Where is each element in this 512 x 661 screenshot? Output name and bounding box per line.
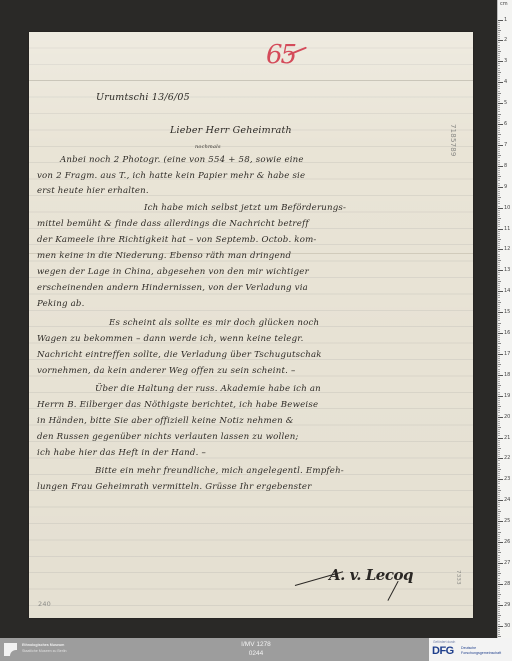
ruler-minor-tick <box>498 287 500 288</box>
ruler-minor-tick <box>498 515 500 516</box>
ruler-minor-tick <box>498 540 500 541</box>
ruler-minor-tick <box>498 180 500 181</box>
ruler-minor-tick <box>498 394 500 395</box>
ruler-minor-tick <box>498 128 500 129</box>
ruler-minor-tick <box>498 153 500 154</box>
ruler-minor-tick <box>498 509 500 510</box>
ruler-minor-tick <box>498 444 500 445</box>
ruler-minor-tick <box>498 494 500 495</box>
ruler-minor-tick <box>498 105 500 106</box>
ruler-minor-tick <box>498 214 500 215</box>
ruler-minor-tick <box>498 327 500 328</box>
ruler-minor-tick <box>498 419 500 420</box>
ruler-minor-tick <box>498 189 500 190</box>
ruler-minor-tick <box>498 76 500 77</box>
ruler-minor-tick <box>498 613 500 614</box>
ruler-tick <box>498 563 503 564</box>
ruler-minor-tick <box>498 415 500 416</box>
ruler-minor-tick <box>498 598 500 599</box>
ruler-minor-tick <box>498 78 500 79</box>
ruler-number: 11 <box>504 226 510 232</box>
ruler-minor-tick <box>498 155 501 156</box>
ruler-minor-tick <box>498 239 501 240</box>
ruler-minor-tick <box>498 260 501 261</box>
ruler-tick <box>498 605 503 606</box>
ruler-tick <box>498 249 503 250</box>
ruler-minor-tick <box>498 356 500 357</box>
ruler-minor-tick <box>498 47 500 48</box>
ruler-tick <box>498 103 503 104</box>
ruler-minor-tick <box>498 575 500 576</box>
ruler-number: 20 <box>504 414 510 420</box>
margin-annotation-top-right: 7185789 <box>449 124 456 157</box>
letter-line: erscheinenden andern Hindernissen, von d… <box>37 284 308 293</box>
ruler-minor-tick <box>498 435 500 436</box>
dfg-logo-icon: DFG <box>432 646 454 657</box>
ruler-minor-tick <box>498 304 500 305</box>
ruler-minor-tick <box>498 149 500 150</box>
ruler-minor-tick <box>498 237 500 238</box>
ruler-minor-tick <box>498 111 500 112</box>
letter-line: wegen der Lage in China, abgesehen von d… <box>37 268 309 277</box>
ruler-minor-tick <box>498 323 501 324</box>
ruler-minor-tick <box>498 404 500 405</box>
ruler-minor-tick <box>498 463 500 464</box>
ruler-tick <box>498 626 503 627</box>
ruler-minor-tick <box>498 511 501 512</box>
ruler-minor-tick <box>498 425 500 426</box>
ruler-minor-tick <box>498 343 501 344</box>
ruler-number: 10 <box>504 205 510 211</box>
ruler-minor-tick <box>498 183 500 184</box>
ruler-minor-tick <box>498 592 500 593</box>
ruler-minor-tick <box>498 339 500 340</box>
ruler-minor-tick <box>498 506 500 507</box>
ruler-minor-tick <box>498 329 500 330</box>
ruler-number: 19 <box>504 393 510 399</box>
ruler-minor-tick <box>498 99 500 100</box>
ruler-minor-tick <box>498 74 500 75</box>
ruler-minor-tick <box>498 410 500 411</box>
signature: A. v. Lecoq <box>329 566 413 584</box>
ruler-minor-tick <box>498 350 500 351</box>
ruler-tick <box>498 82 503 83</box>
ruler-minor-tick <box>498 406 501 407</box>
ruler-minor-tick <box>498 442 500 443</box>
ruler-minor-tick <box>498 634 500 635</box>
ruler-number: 5 <box>504 100 507 106</box>
ruler-tick <box>498 40 503 41</box>
ruler-number: 17 <box>504 351 510 357</box>
ruler-minor-tick <box>498 523 500 524</box>
letter-line: Peking ab. <box>37 300 85 309</box>
ruler-minor-tick <box>498 226 500 227</box>
dfg-funded-label: Gefördert durch <box>433 640 455 644</box>
archive-footer: Ethnologisches Museum Staatliche Museen … <box>0 638 512 661</box>
ruler-minor-tick <box>498 573 501 574</box>
ruler-minor-tick <box>498 316 500 317</box>
ruler-minor-tick <box>498 314 500 315</box>
ruler-minor-tick <box>498 433 500 434</box>
ruler-minor-tick <box>498 628 500 629</box>
ruler-minor-tick <box>498 49 500 50</box>
ruler-minor-tick <box>498 611 500 612</box>
ruler-minor-tick <box>498 362 500 363</box>
ruler-tick <box>498 584 503 585</box>
ruler-minor-tick <box>498 157 500 158</box>
ruler-minor-tick <box>498 546 500 547</box>
ruler-minor-tick <box>498 460 500 461</box>
ruler-minor-tick <box>498 26 500 27</box>
ruler-number: 4 <box>504 79 507 85</box>
ruler-minor-tick <box>498 431 500 432</box>
ruler-minor-tick <box>498 346 500 347</box>
ruler-minor-tick <box>498 555 500 556</box>
ruler-minor-tick <box>498 582 500 583</box>
ruler-minor-tick <box>498 212 500 213</box>
ruler-minor-tick <box>498 174 500 175</box>
ruler-minor-tick <box>498 548 500 549</box>
ruler-minor-tick <box>498 185 500 186</box>
ruler-minor-tick <box>498 490 501 491</box>
ruler-minor-tick <box>498 486 500 487</box>
ruler-minor-tick <box>498 525 500 526</box>
ruler-number: 8 <box>504 163 507 169</box>
ruler-minor-tick <box>498 607 500 608</box>
ruler-minor-tick <box>498 609 500 610</box>
ruler-minor-tick <box>498 519 500 520</box>
ruler-minor-tick <box>498 588 500 589</box>
folio-number: 65 <box>266 42 295 68</box>
ruler-number: 22 <box>504 455 510 461</box>
ruler-minor-tick <box>498 247 500 248</box>
ruler-minor-tick <box>498 22 500 23</box>
ruler-minor-tick <box>498 139 500 140</box>
ruler-minor-tick <box>498 63 500 64</box>
ruler-minor-tick <box>498 101 500 102</box>
letter-line: von 2 Fragm. aus T., ich hatte kein Papi… <box>37 172 305 181</box>
ruler-minor-tick <box>498 141 500 142</box>
ruler-minor-tick <box>498 264 500 265</box>
ruler-minor-tick <box>498 126 500 127</box>
ruler-minor-tick <box>498 162 500 163</box>
letter-line: Anbei noch 2 Photogr. (eine von 554 + 58… <box>60 156 304 165</box>
ruler-minor-tick <box>498 379 500 380</box>
ruler-tick <box>498 417 503 418</box>
ruler-tick <box>498 438 503 439</box>
letter-line: Über die Haltung der russ. Akademie habe… <box>95 385 321 394</box>
ruler-number: 13 <box>504 267 510 273</box>
ruler-minor-tick <box>498 36 500 37</box>
ruler-minor-tick <box>498 481 500 482</box>
ruler-minor-tick <box>498 277 500 278</box>
ruler-minor-tick <box>498 580 500 581</box>
margin-annotation-bottom-left: 240 <box>38 601 51 608</box>
ruler-minor-tick <box>498 504 500 505</box>
ruler-tick <box>498 333 503 334</box>
ruler-number: 23 <box>504 476 510 482</box>
ruler-minor-tick <box>498 567 500 568</box>
ruler-minor-tick <box>498 392 500 393</box>
letter-line: der Kameele ihre Richtigkeit hat – von S… <box>37 236 317 245</box>
ruler-minor-tick <box>498 341 500 342</box>
ruler-minor-tick <box>498 456 500 457</box>
ruler-minor-tick <box>498 529 500 530</box>
ruler-minor-tick <box>498 235 500 236</box>
ruler-minor-tick <box>498 565 500 566</box>
ruler-minor-tick <box>498 122 500 123</box>
ruler-minor-tick <box>498 170 500 171</box>
ruler-minor-tick <box>498 578 500 579</box>
ruler-minor-tick <box>498 193 500 194</box>
ruler-tick <box>498 166 503 167</box>
ruler-minor-tick <box>498 402 500 403</box>
ruler-minor-tick <box>498 51 501 52</box>
measurement-ruler: cm 1234567891011121314151617181920212223… <box>497 0 512 638</box>
ruler-minor-tick <box>498 143 500 144</box>
ruler-minor-tick <box>498 335 500 336</box>
letter-line: in Händen, bitte Sie aber offiziell kein… <box>37 417 294 426</box>
ruler-minor-tick <box>498 300 500 301</box>
ruler-number: 18 <box>504 372 510 378</box>
ruler-minor-tick <box>498 295 500 296</box>
ruler-minor-tick <box>498 109 500 110</box>
ruler-minor-tick <box>498 400 500 401</box>
ruler-minor-tick <box>498 471 500 472</box>
ruler-minor-tick <box>498 258 500 259</box>
ruler-tick <box>498 229 503 230</box>
ruler-minor-tick <box>498 498 500 499</box>
ruler-minor-tick <box>498 617 500 618</box>
ruler-minor-tick <box>498 527 500 528</box>
ruler-minor-tick <box>498 80 500 81</box>
ruler-minor-tick <box>498 30 501 31</box>
ruler-minor-tick <box>498 289 500 290</box>
ruler-minor-tick <box>498 70 500 71</box>
ruler-minor-tick <box>498 38 500 39</box>
ruler-minor-tick <box>498 557 500 558</box>
ruler-minor-tick <box>498 337 500 338</box>
ruler-minor-tick <box>498 57 500 58</box>
ruler-minor-tick <box>498 178 500 179</box>
ruler-number: 9 <box>504 184 507 190</box>
ruler-tick <box>498 521 503 522</box>
ruler-minor-tick <box>498 107 500 108</box>
letter-line: vornehmen, da kein anderer Weg offen zu … <box>37 367 295 376</box>
ruler-minor-tick <box>498 448 501 449</box>
ruler-tick <box>498 354 503 355</box>
ruler-minor-tick <box>498 216 500 217</box>
ruler-tick <box>498 312 503 313</box>
ruler-minor-tick <box>498 454 500 455</box>
ruler-unit-label: cm <box>500 1 508 7</box>
ruler-minor-tick <box>498 45 500 46</box>
ruler-minor-tick <box>498 210 500 211</box>
ruler-minor-tick <box>498 594 501 595</box>
salutation: Lieber Herr Geheimrath <box>170 126 292 136</box>
ruler-number: 15 <box>504 309 510 315</box>
ruler-minor-tick <box>498 65 500 66</box>
ruler-minor-tick <box>498 197 501 198</box>
ruler-minor-tick <box>498 306 500 307</box>
ruler-minor-tick <box>498 624 500 625</box>
ruler-minor-tick <box>498 483 500 484</box>
ruler-minor-tick <box>498 283 500 284</box>
ruler-minor-tick <box>498 496 500 497</box>
ruler-minor-tick <box>498 561 500 562</box>
ruler-minor-tick <box>498 220 500 221</box>
ruler-tick <box>498 124 503 125</box>
ruler-minor-tick <box>498 116 500 117</box>
ruler-minor-tick <box>498 168 500 169</box>
margin-annotation-bottom-right: 7333 <box>455 570 461 585</box>
ruler-minor-tick <box>498 377 500 378</box>
ruler-minor-tick <box>498 268 500 269</box>
ruler-minor-tick <box>498 164 500 165</box>
ruler-minor-tick <box>498 452 500 453</box>
letter-line: Ich habe mich selbst jetzt um Beförderun… <box>144 204 346 213</box>
ruler-number: 1 <box>504 17 507 23</box>
dfg-name-line2: Forschungsgemeinschaft <box>461 651 501 655</box>
ruler-number: 26 <box>504 539 510 545</box>
ruler-minor-tick <box>498 88 500 89</box>
ruler-minor-tick <box>498 130 500 131</box>
ruler-tick <box>498 270 503 271</box>
ruler-minor-tick <box>498 569 500 570</box>
letter-line: den Russen gegenüber nichts verlauten la… <box>37 433 299 442</box>
ruler-minor-tick <box>498 42 500 43</box>
ruler-minor-tick <box>498 53 500 54</box>
ruler-minor-tick <box>498 134 501 135</box>
ruler-minor-tick <box>498 114 501 115</box>
ruler-minor-tick <box>498 262 500 263</box>
ruler-number: 24 <box>504 497 510 503</box>
ruler-minor-tick <box>498 352 500 353</box>
ruler-minor-tick <box>498 331 500 332</box>
ruler-minor-tick <box>498 502 500 503</box>
ruler-number: 27 <box>504 560 510 566</box>
ruler-minor-tick <box>498 615 501 616</box>
ruler-minor-tick <box>498 469 501 470</box>
ruler-minor-tick <box>498 86 500 87</box>
ruler-minor-tick <box>498 320 500 321</box>
ruler-minor-tick <box>498 398 500 399</box>
ruler-minor-tick <box>498 279 500 280</box>
ruler-minor-tick <box>498 465 500 466</box>
ruler-minor-tick <box>498 224 500 225</box>
ruler-number: 14 <box>504 288 510 294</box>
dfg-name-line1: Deutsche <box>461 646 476 650</box>
ruler-minor-tick <box>498 492 500 493</box>
ruler-tick <box>498 542 503 543</box>
ruler-minor-tick <box>498 302 501 303</box>
ruler-minor-tick <box>498 195 500 196</box>
dfg-badge: Gefördert durch DFG Deutsche Forschungsg… <box>429 638 512 661</box>
ruler-minor-tick <box>498 513 500 514</box>
ruler-minor-tick <box>498 206 500 207</box>
letter-line: mittel bemüht & finde dass allerdings di… <box>37 220 309 229</box>
ruler-minor-tick <box>498 621 500 622</box>
ruler-minor-tick <box>498 348 500 349</box>
ruler-tick <box>498 500 503 501</box>
ruler-minor-tick <box>498 427 501 428</box>
ruler-minor-tick <box>498 421 500 422</box>
ruler-minor-tick <box>498 552 501 553</box>
ruler-minor-tick <box>498 477 500 478</box>
ruler-minor-tick <box>498 254 500 255</box>
ruler-minor-tick <box>498 293 500 294</box>
ruler-minor-tick <box>498 137 500 138</box>
ruler-number: 16 <box>504 330 510 336</box>
ruler-minor-tick <box>498 176 501 177</box>
letter-line: ich habe hier das Heft in der Hand. – <box>37 449 206 458</box>
ruler-minor-tick <box>498 360 500 361</box>
ruler-tick <box>498 458 503 459</box>
ruler-minor-tick <box>498 32 500 33</box>
ruler-minor-tick <box>498 446 500 447</box>
ruler-minor-tick <box>498 68 500 69</box>
ruler-minor-tick <box>498 517 500 518</box>
ruler-minor-tick <box>498 389 500 390</box>
ruler-number: 2 <box>504 37 507 43</box>
ruler-tick <box>498 479 503 480</box>
ruler-minor-tick <box>498 218 501 219</box>
ruler-number: 28 <box>504 581 510 587</box>
ruler-minor-tick <box>498 297 500 298</box>
ruler-minor-tick <box>498 364 501 365</box>
ruler-number: 3 <box>504 58 507 64</box>
ruler-minor-tick <box>498 118 500 119</box>
ruler-minor-tick <box>498 72 501 73</box>
ruler-minor-tick <box>498 151 500 152</box>
letter-line: Herrn B. Eilberger das Nöthigste bericht… <box>37 401 318 410</box>
ruler-minor-tick <box>498 308 500 309</box>
ruler-minor-tick <box>498 132 500 133</box>
ruler-minor-tick <box>498 603 500 604</box>
ruler-minor-tick <box>498 28 500 29</box>
ruler-minor-tick <box>498 55 500 56</box>
ruler-minor-tick <box>498 590 500 591</box>
ruler-number: 25 <box>504 518 510 524</box>
place-date: Urumtschi 13/6/05 <box>96 93 190 103</box>
ruler-minor-tick <box>498 120 500 121</box>
letter-line: erst heute hier erhalten. <box>37 187 149 196</box>
ruler-minor-tick <box>498 191 500 192</box>
ruler-minor-tick <box>498 358 500 359</box>
ruler-minor-tick <box>498 231 500 232</box>
ruler-minor-tick <box>498 632 500 633</box>
ruler-minor-tick <box>498 544 500 545</box>
ruler-minor-tick <box>498 383 500 384</box>
ruler-minor-tick <box>498 266 500 267</box>
ruler-tick <box>498 145 503 146</box>
ruler-minor-tick <box>498 84 500 85</box>
ruler-minor-tick <box>498 272 500 273</box>
ruler-minor-tick <box>498 251 500 252</box>
ruler-minor-tick <box>498 274 500 275</box>
ruler-number: 29 <box>504 602 510 608</box>
ruler-minor-tick <box>498 440 500 441</box>
ruler-minor-tick <box>498 571 500 572</box>
ruler-minor-tick <box>498 601 500 602</box>
ruler-tick <box>498 187 503 188</box>
ruler-minor-tick <box>498 241 500 242</box>
ruler-minor-tick <box>498 281 501 282</box>
ruler-minor-tick <box>498 636 501 637</box>
letter-line: men keine in die Niederung. Ebenso räth … <box>37 252 291 261</box>
ruler-minor-tick <box>498 172 500 173</box>
ruler-minor-tick <box>498 467 500 468</box>
